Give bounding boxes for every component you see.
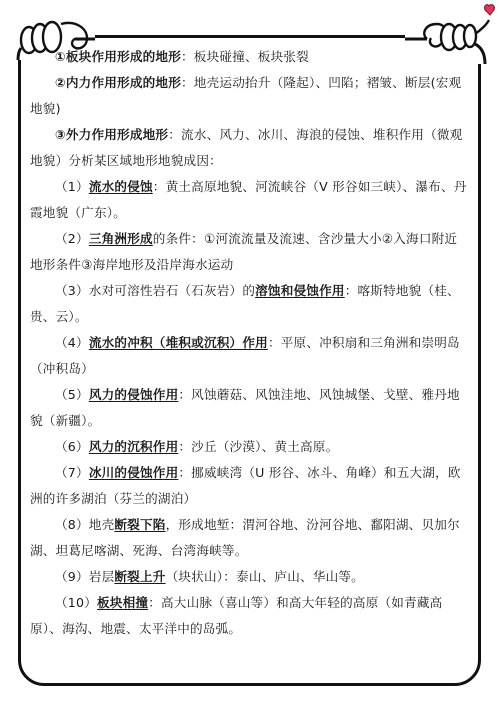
paragraph-item-6: （6）风力的沉积作用：沙丘（沙漠）、黄土高原。 [30,434,470,460]
paragraph-item-2: （2）三角洲形成的条件：①河流流量及流速、含沙量大小②入海口附近地形条件③海岸地… [30,226,470,278]
paragraph-plate-tectonics: ①板块作用形成的地形：板块碰撞、板块张裂 [30,44,470,70]
paragraph-internal-forces: ②内力作用形成的地形：地壳运动抬升（隆起）、凹陷；褶皱、断层(宏观地貌) [30,70,470,122]
key-term: 冰川的侵蚀作用 [89,465,179,480]
paragraph-item-4: （4）流水的冲积（堆积或沉积）作用：平原、冲积扇和三角洲和崇明岛（冲积岛） [30,330,470,382]
key-term: 风力的侵蚀作用 [89,387,179,402]
key-term: 溶蚀和侵蚀作用 [255,283,345,298]
term: ①板块作用形成的地形 [55,49,181,64]
key-term: 流水的冲积（堆积或沉积）作用 [89,335,268,350]
paragraph-item-1: （1）流水的侵蚀：黄土高原地貌、河流峡谷（V 形谷如三峡）、瀑布、丹霞地貌（广东… [30,174,470,226]
key-term: 三角洲形成 [89,231,153,246]
paragraph-external-forces: ③外力作用形成地形：流水、风力、冰川、海浪的侵蚀、堆积作用（微观地貌）分析某区域… [30,122,470,174]
paragraph-item-10: （10）板块相撞：高大山脉（喜山等）和高大年轻的高原（如青藏高原）、海沟、地震、… [30,590,470,642]
key-term: 板块相撞 [97,595,148,610]
term: ③外力作用形成地形 [55,127,168,142]
document-body: ①板块作用形成的地形：板块碰撞、板块张裂 ②内力作用形成的地形：地壳运动抬升（隆… [30,44,470,642]
paragraph-item-8: （8）地壳断裂下陷，形成地堑：渭河谷地、汾河谷地、鄱阳湖、贝加尔湖、坦葛尼喀湖、… [30,512,470,564]
heart-icon [485,5,495,15]
key-term: 断裂上升 [114,569,165,584]
term: ②内力作用形成的地形 [55,75,181,90]
key-term: 断裂下陷 [114,517,165,532]
paragraph-item-3: （3）水对可溶性岩石（石灰岩）的溶蚀和侵蚀作用：喀斯特地貌（桂、贵、云）。 [30,278,470,330]
paragraph-item-5: （5）风力的侵蚀作用：风蚀蘑菇、风蚀洼地、风蚀城堡、戈壁、雅丹地貌（新疆）。 [30,382,470,434]
paragraph-item-9: （9）岩层断裂上升（块状山）：泰山、庐山、华山等。 [30,564,470,590]
key-term: 流水的侵蚀 [89,179,153,194]
paragraph-item-7: （7）冰川的侵蚀作用：挪威峡湾（U 形谷、冰斗、角峰）和五大湖，欧洲的许多湖泊（… [30,460,470,512]
key-term: 风力的沉积作用 [89,439,179,454]
